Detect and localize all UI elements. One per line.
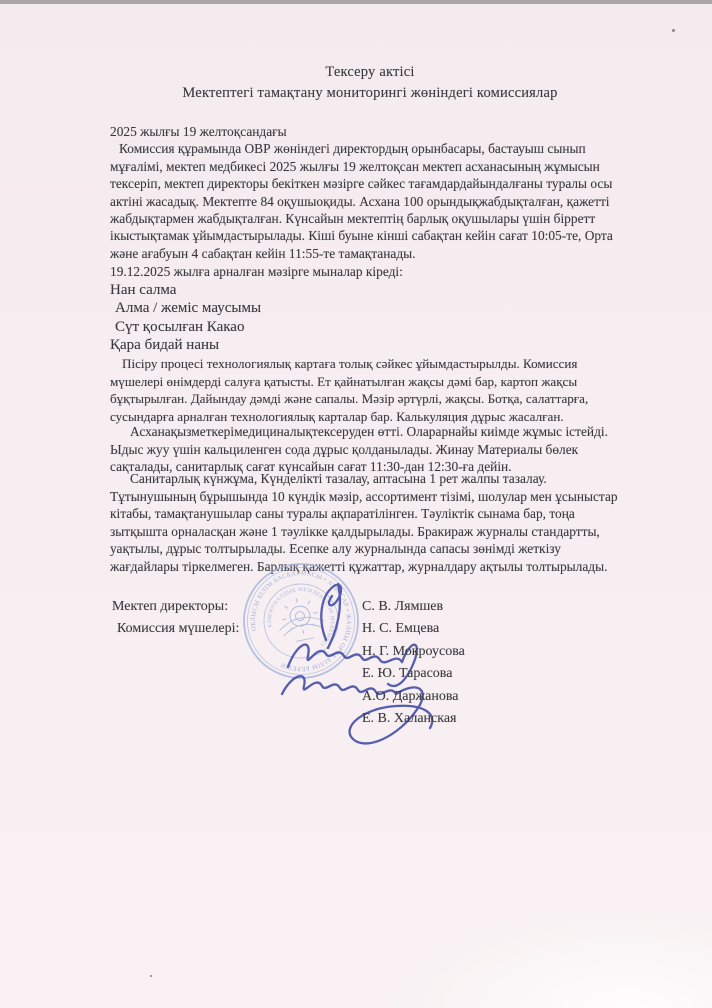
menu-heading: 19.12.2025 жылға арналған мәзірге мынала… (110, 263, 628, 281)
signature-name: Е. В. Халанская (362, 708, 465, 730)
sanitary-paragraph: Санитарлық күнжұма, Күнделікті тазалау, … (110, 470, 628, 575)
signature-name: Н. Г. Мокроусова (362, 641, 465, 663)
intro-section: 2025 жылғы 19 желтоқсандағы Комиссия құр… (110, 123, 628, 262)
intro-paragraph: Комиссия құрамында ОВР жөніндегі директо… (110, 140, 628, 262)
scan-edge-artifact (0, 0, 712, 4)
cooking-section: Пісіру процесі технологиялық картаға тол… (110, 355, 632, 425)
scan-speck (672, 29, 675, 32)
signature-labels: Мектеп директоры: Комиссия мүшелері: (112, 596, 239, 641)
date-heading: 2025 жылғы 19 желтоқсандағы (110, 123, 628, 140)
page-subtitle: Мектептегі тамақтану мониторингі жөнінде… (30, 83, 710, 104)
signature-names: С. В. Лямшев Н. С. Емцева Н. Г. Мокроусо… (362, 596, 465, 730)
menu-item: Қара бидай наны (110, 336, 628, 355)
menu-item: Алма / жеміс маусымы (110, 299, 628, 318)
staff-section: Асханақызметкерімедициналықтексеруден өт… (110, 423, 628, 476)
menu-section: 19.12.2025 жылға арналған мәзірге мынала… (110, 263, 628, 355)
signature-name: А.О. Даржанова (362, 686, 465, 708)
staff-paragraph: Асханақызметкерімедициналықтексеруден өт… (110, 423, 628, 476)
commission-label: Комиссия мүшелері: (112, 618, 239, 640)
signature-name: Е. Ю. Тарасова (362, 663, 465, 685)
scan-speck (150, 975, 152, 977)
page-title: Тексеру актісі (30, 62, 710, 83)
director-label: Мектеп директоры: (112, 596, 239, 618)
scanned-document-page: Тексеру актісі Мектептегі тамақтану мони… (0, 0, 712, 1008)
menu-item: Сүт қосылған Какао (110, 318, 628, 337)
cooking-paragraph: Пісіру процесі технологиялық картаға тол… (110, 355, 632, 425)
document-header: Тексеру актісі Мектептегі тамақтану мони… (30, 62, 710, 104)
signature-name: Н. С. Емцева (362, 618, 465, 640)
sanitary-section: Санитарлық күнжұма, Күнделікті тазалау, … (110, 470, 628, 575)
signature-name: С. В. Лямшев (362, 596, 465, 618)
menu-item: Нан салма (110, 281, 628, 300)
